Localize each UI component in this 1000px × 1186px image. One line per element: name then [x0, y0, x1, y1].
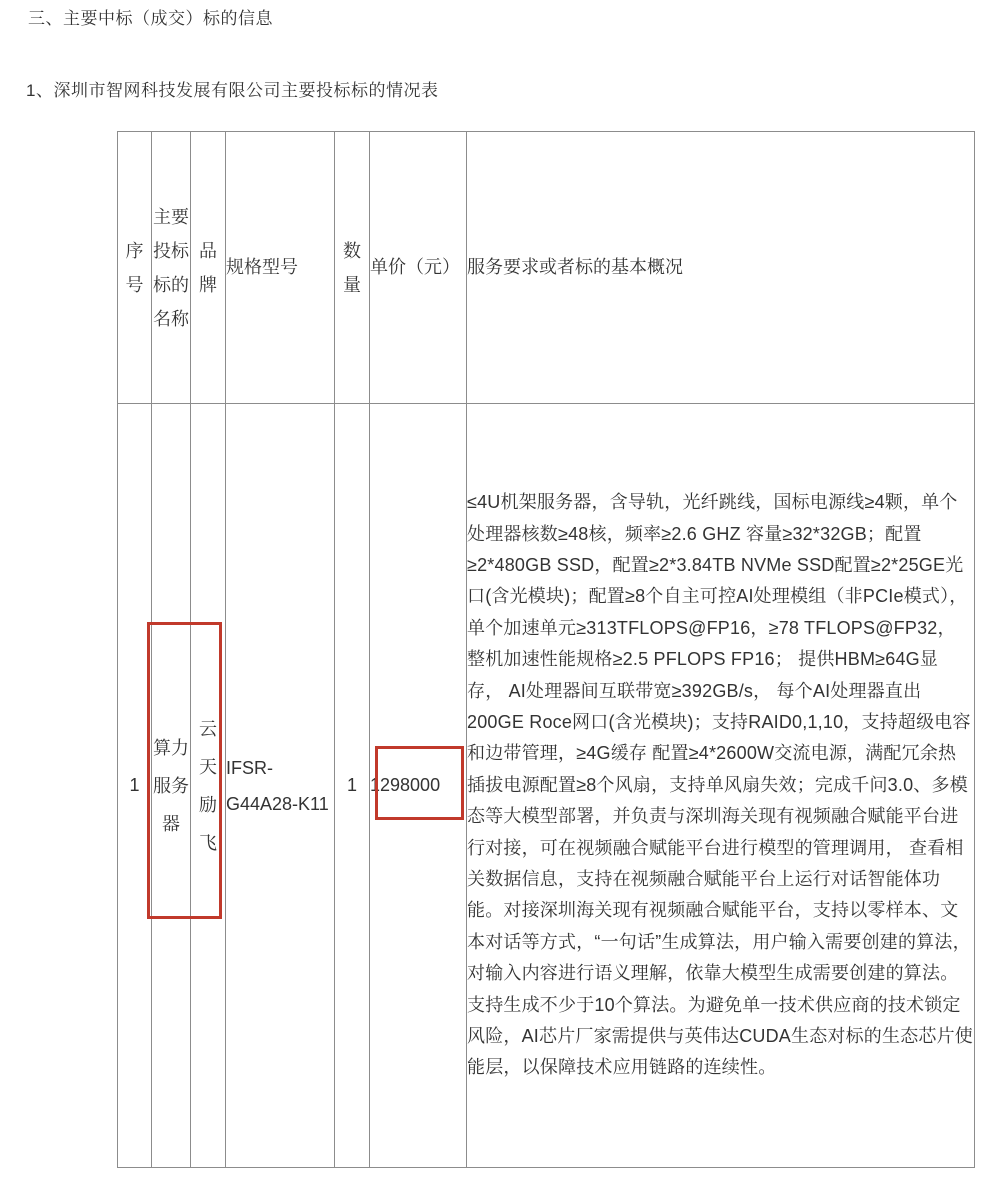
cell-item-name: 算力服务器 — [152, 404, 191, 1168]
cell-quantity: 1 — [335, 404, 370, 1168]
cell-model: IFSR-G44A28-K11 — [226, 404, 335, 1168]
table-caption: 1、深圳市智网科技发展有限公司主要投标标的情况表 — [26, 76, 438, 101]
cell-unit-price: 1298000 — [370, 404, 467, 1168]
cell-brand: 云天励飞 — [191, 404, 226, 1168]
col-header-brand: 品牌 — [191, 132, 226, 404]
col-header-model: 规格型号 — [226, 132, 335, 404]
table-row: 1 算力服务器 云天励飞 IFSR-G44A28-K11 1 1298000 ≤… — [118, 404, 975, 1168]
bid-items-table: 序号 主要投标标的名称 品牌 规格型号 数量 单价（元） 服务要求或者标的基本概… — [117, 131, 975, 1168]
document-page: 三、主要中标（成交）标的信息 1、深圳市智网科技发展有限公司主要投标标的情况表 … — [0, 0, 1000, 1186]
col-header-seq: 序号 — [118, 132, 152, 404]
section-title: 三、主要中标（成交）标的信息 — [28, 4, 273, 29]
col-header-item-name: 主要投标标的名称 — [152, 132, 191, 404]
cell-description: ≤4U机架服务器，含导轨，光纤跳线，国标电源线≥4颗，单个处理器核数≥48核，频… — [467, 404, 975, 1168]
cell-seq: 1 — [118, 404, 152, 1168]
col-header-quantity: 数量 — [335, 132, 370, 404]
col-header-unit-price: 单价（元） — [370, 132, 467, 404]
col-header-description: 服务要求或者标的基本概况 — [467, 132, 975, 404]
table-header-row: 序号 主要投标标的名称 品牌 规格型号 数量 单价（元） 服务要求或者标的基本概… — [118, 132, 975, 404]
